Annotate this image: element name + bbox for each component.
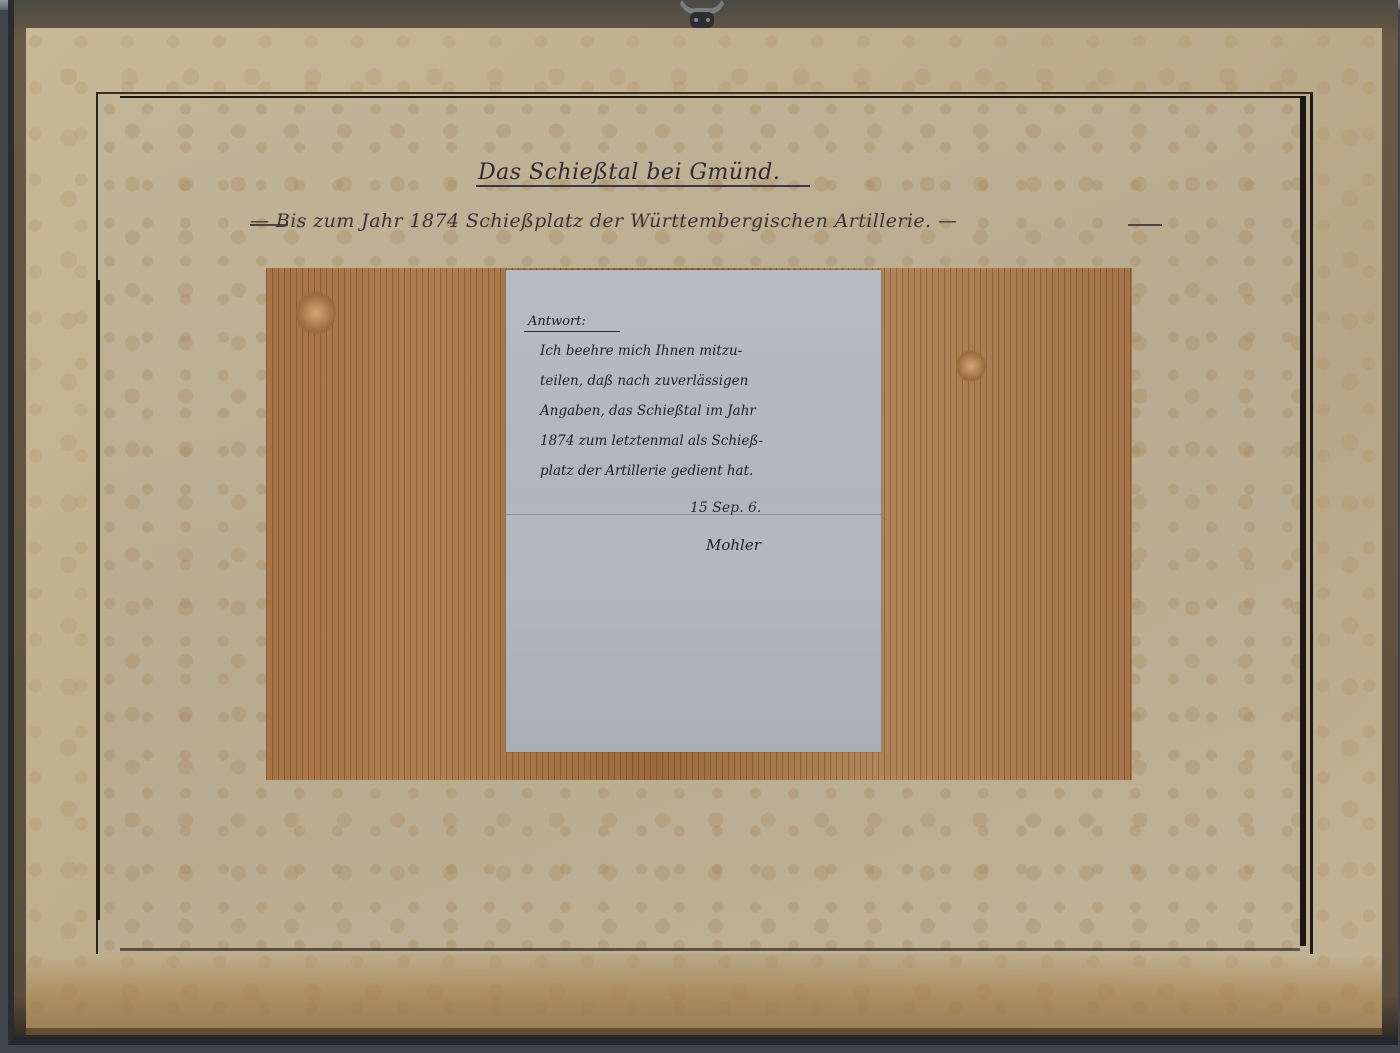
wood-knot — [956, 348, 986, 384]
label-title: Das Schießtal bei Gmünd. — [478, 160, 808, 185]
letter-line: 1874 zum letztenmal als Schieß- — [540, 426, 870, 456]
paper-tear — [120, 96, 1300, 98]
letter-line: Ich beehre mich Ihnen mitzu- — [540, 336, 870, 366]
letter-line: teilen, daß nach zuverlässigen — [540, 366, 870, 396]
letter-body: Ich beehre mich Ihnen mitzu- teilen, daß… — [540, 336, 870, 486]
letter-date: 15 Sep. 6. — [690, 500, 761, 516]
letter-line: platz der Artillerie gedient hat. — [540, 456, 870, 486]
heading-underline — [524, 331, 620, 332]
paper-tear — [1300, 96, 1306, 946]
letter-signature: Mohler — [706, 536, 761, 554]
hanger-icon — [674, 0, 730, 30]
title-underline — [476, 185, 810, 187]
paper-tear — [96, 280, 100, 920]
wood-knot — [296, 288, 336, 338]
water-stain — [26, 955, 1382, 1035]
paper-tear — [120, 948, 1300, 951]
letter-heading: Antwort: — [528, 314, 586, 329]
handwritten-letter: Antwort: Ich beehre mich Ihnen mitzu- te… — [506, 270, 881, 752]
letter-line: Angaben, das Schießtal im Jahr — [540, 396, 870, 426]
label-subtitle: — Bis zum Jahr 1874 Schießplatz der Würt… — [250, 210, 1170, 232]
